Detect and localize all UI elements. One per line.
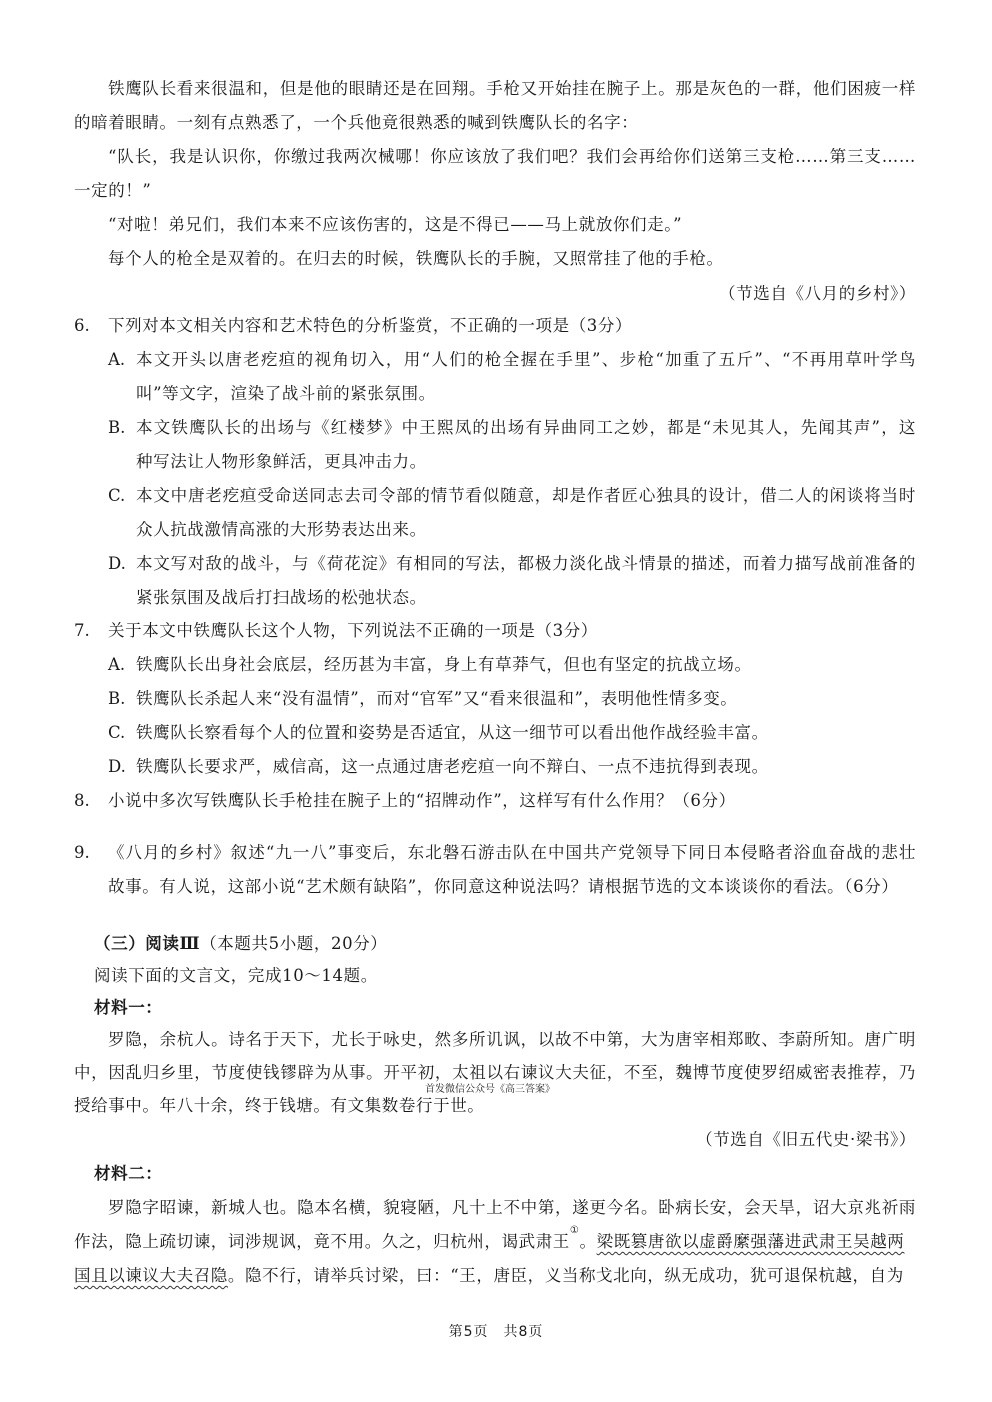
- material-2-text: 。隐不行，请举兵讨梁，曰：“王，唐臣，义当称戈北向，纵无成功，犹可退保杭越，自为: [228, 1266, 904, 1285]
- question-number: 9.: [74, 842, 90, 864]
- material-1-line: 授给事中。年八十余，终于钱塘。有文集数卷行于世。: [74, 1095, 484, 1117]
- passage-line: 铁鹰队长看来很温和，但是他的眼睛还是在回翔。手枪又开始挂在腕子上。那是灰色的一群…: [108, 78, 916, 100]
- option-text: 铁鹰队长出身社会底层，经历甚为丰富，身上有草莽气，但也有坚定的抗战立场。: [136, 654, 752, 676]
- question-stem: 关于本文中铁鹰队长这个人物，下列说法不正确的一项是（3分）: [108, 620, 598, 642]
- material-2-text: 作法，隐上疏切谏，词涉规讽，竟不用。久之，归杭州，谒武肃王: [74, 1231, 570, 1253]
- passage-line: 每个人的枪全是双着的。在归去的时候，铁鹰队长的手腕，又照常挂了他的手枪。: [108, 248, 724, 270]
- passage-line: 的暗着眼睛。一刻有点熟悉了，一个兵他竟很熟悉的喊到铁鹰队长的名字：: [74, 112, 638, 134]
- option-label: A.: [108, 654, 125, 676]
- passage-line: “对啦！弟兄们，我们本来不应该伤害的，这是不得已——马上就放你们走。”: [108, 214, 682, 236]
- question-number: 8.: [74, 790, 90, 812]
- material-2-line: 作法，隐上疏切谏，词涉规讽，竟不用。久之，归杭州，谒武肃王①。梁既篡唐欲以虚爵縻…: [74, 1231, 916, 1253]
- option-label: D.: [108, 553, 126, 575]
- material-2-label: 材料二：: [94, 1163, 162, 1185]
- option-text: 本文中唐老疙疸受命送同志去司令部的情节看似随意，却是作者匠心独具的设计，借二人的…: [136, 485, 916, 507]
- option-label: D.: [108, 756, 126, 778]
- option-text: 众人抗战激情高涨的大形势表达出来。: [136, 519, 427, 541]
- section-heading-meta: （本题共5小题，20分）: [200, 934, 387, 953]
- option-text: 紧张氛围及战后打扫战场的松弛状态。: [136, 587, 427, 609]
- question-stem: 小说中多次写铁鹰队长手枪挂在腕子上的“招牌动作”，这样写有什么作用？（6分）: [108, 790, 736, 812]
- option-text: 本文写对敌的战斗，与《荷花淀》有相同的写法，都极力淡化战斗情景的描述，而着力描写…: [136, 553, 916, 575]
- material-1-source: （节选自《旧五代史·梁书》）: [560, 1129, 916, 1151]
- material-2-line: 罗隐字昭谏，新城人也。隐本名横，貌寝陋，凡十上不中第，遂更今名。卧病长安，会天旱…: [108, 1197, 916, 1219]
- question-stem: 《八月的乡村》叙述“九一八”事变后，东北磐石游击队在中国共产党领导下同日本侵略者…: [108, 842, 916, 864]
- underlined-sentence: 梁既篡唐欲以虚爵縻强藩进武肃王吴越两: [597, 1231, 905, 1253]
- section-heading-title: （三）阅读Ⅲ: [94, 934, 200, 953]
- option-text: 本文铁鹰队长的出场与《红楼梦》中王熙凤的出场有异曲同工之妙，都是“未见其人，先闻…: [136, 417, 916, 439]
- passage-line: 一定的！”: [74, 180, 151, 202]
- material-1-label: 材料一：: [94, 997, 162, 1019]
- option-label: C.: [108, 722, 125, 744]
- question-number: 6.: [74, 315, 90, 337]
- option-text: 铁鹰队长察看每个人的位置和姿势是否适宜，从这一细节可以看出他作战经验丰富。: [136, 722, 769, 744]
- passage-source: （节选自《八月的乡村》）: [600, 283, 916, 305]
- option-label: A.: [108, 349, 125, 371]
- question-stem: 下列对本文相关内容和艺术特色的分析鉴赏，不正确的一项是（3分）: [108, 315, 632, 337]
- option-text: 种写法让人物形象鲜活，更具冲击力。: [136, 451, 427, 473]
- option-text: 铁鹰队长杀起人来“没有温情”，而对“官军”又“看来很温和”，表明他性情多变。: [136, 688, 737, 710]
- option-label: B.: [108, 417, 125, 439]
- question-stem: 故事。有人说，这部小说“艺术颇有缺陷”，你同意这种说法吗？请根据节选的文本谈谈你…: [108, 876, 898, 898]
- footnote-marker: ①: [570, 1231, 580, 1253]
- option-text: 铁鹰队长要求严，威信高，这一点通过唐老疙疸一向不辩白、一点不违抗得到表现。: [136, 756, 769, 778]
- material-2-line: 国且以谏议大夫召隐。隐不行，请举兵讨梁，曰：“王，唐臣，义当称戈北向，纵无成功，…: [74, 1265, 916, 1287]
- page-number: 第5页 共8页: [0, 1322, 992, 1342]
- underlined-sentence: 国且以谏议大夫召隐: [74, 1266, 228, 1285]
- material-1-line: 罗隐，余杭人。诗名于天下，尤长于咏史，然多所讥讽，以故不中第，大为唐宰相郑畋、李…: [108, 1029, 916, 1051]
- option-label: C.: [108, 485, 125, 507]
- section-instruction: 阅读下面的文言文，完成10～14题。: [94, 965, 378, 987]
- option-text: 本文开头以唐老疙疸的视角切入，用“人们的枪全握在手里”、步枪“加重了五斤”、“不…: [136, 349, 916, 371]
- section-heading: （三）阅读Ⅲ（本题共5小题，20分）: [94, 933, 387, 955]
- watermark-text: 首发微信公众号《高三答案》: [425, 1084, 555, 1096]
- passage-line: “队长，我是认识你，你缴过我两次械哪！你应该放了我们吧？我们会再给你们送第三支枪…: [108, 146, 916, 168]
- material-2-text: 。: [579, 1231, 596, 1253]
- material-1-line: 中，因乱归乡里，节度使钱镠辟为从事。开平初，太祖以右谏议大夫征，不至，魏博节度使…: [74, 1062, 916, 1084]
- question-number: 7.: [74, 620, 90, 642]
- option-label: B.: [108, 688, 125, 710]
- exam-page: 铁鹰队长看来很温和，但是他的眼睛还是在回翔。手枪又开始挂在腕子上。那是灰色的一群…: [0, 0, 992, 1402]
- option-text: 叫”等文字，渲染了战斗前的紧张氛围。: [136, 383, 436, 405]
